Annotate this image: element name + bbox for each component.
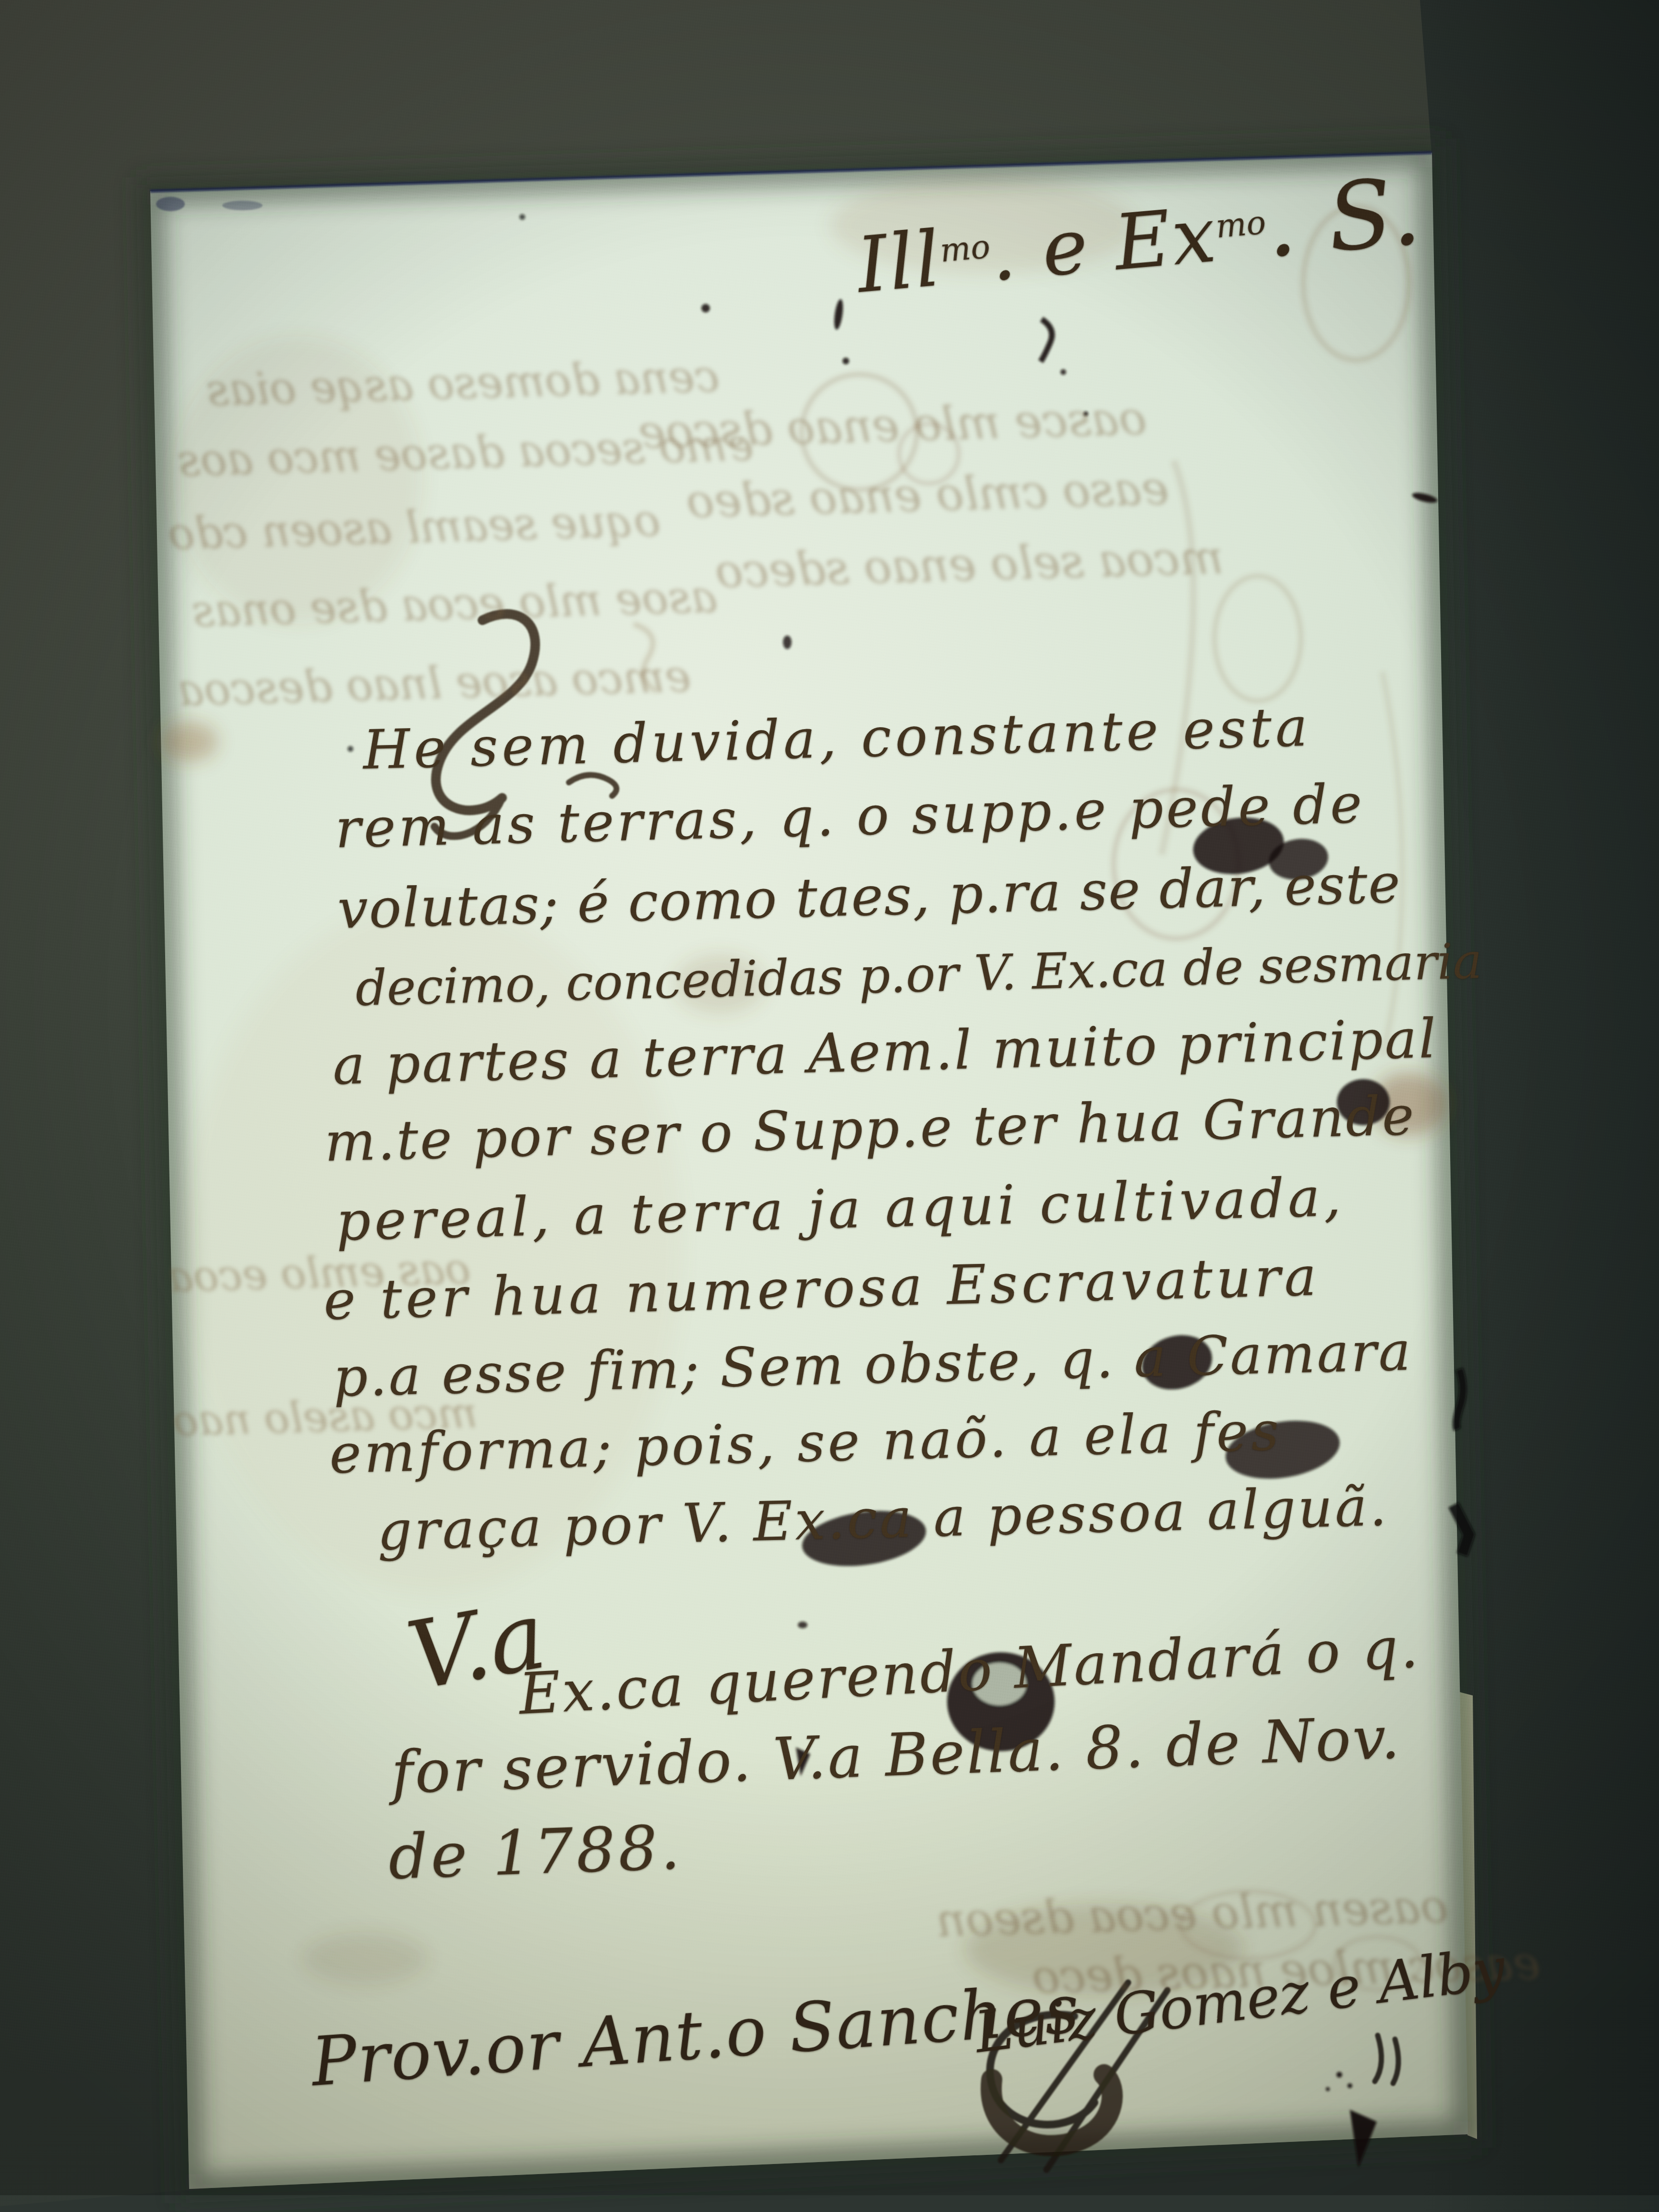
photo-vignette bbox=[0, 0, 1659, 2212]
manuscript-photo: cena domeso asqe oias emo secoa dasoe mc… bbox=[0, 0, 1659, 2212]
